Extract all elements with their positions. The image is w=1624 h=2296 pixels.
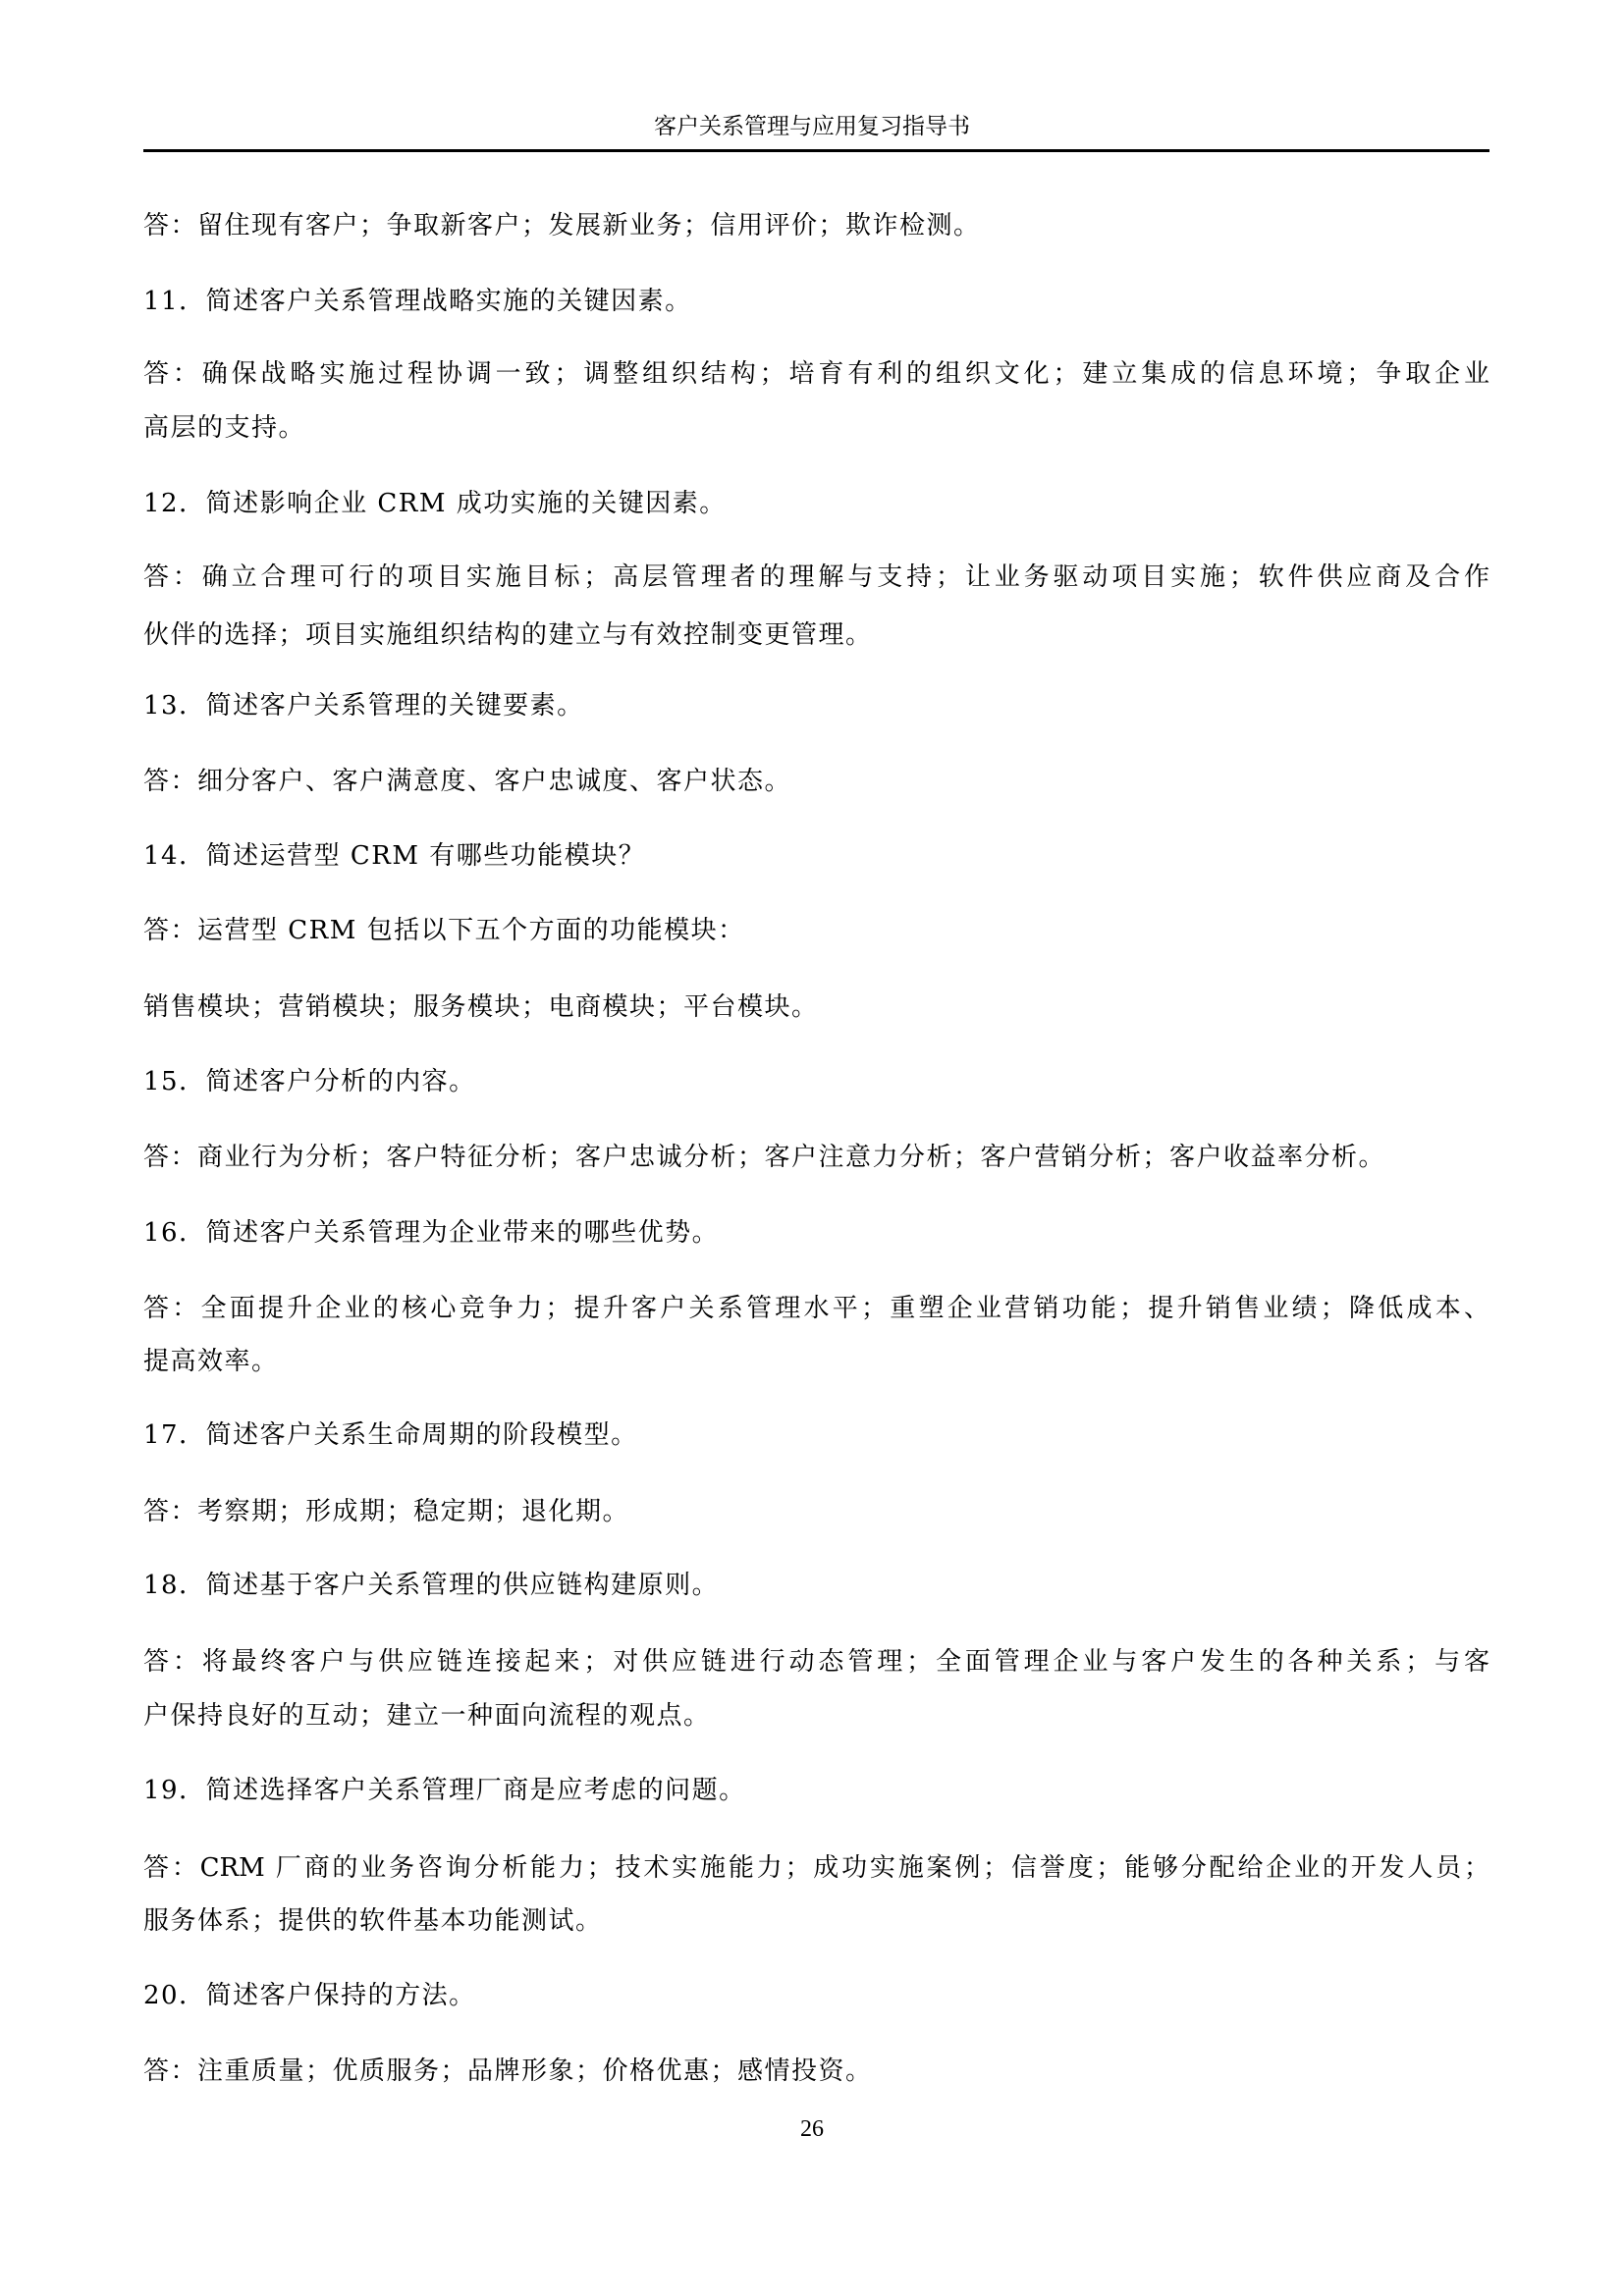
answer-line: 答：全面提升企业的核心竞争力；提升客户关系管理水平；重塑企业营销功能；提升销售业… <box>143 1292 1489 1325</box>
answer-continuation-line: 提高效率。 <box>143 1345 279 1378</box>
question-line: 17．简述客户关系生命周期的阶段模型。 <box>143 1418 638 1452</box>
question-line: 18．简述基于客户关系管理的供应链构建原则。 <box>143 1569 719 1602</box>
question-line: 15．简述客户分析的内容。 <box>143 1065 476 1098</box>
answer-line: 答：确保战略实施过程协调一致；调整组织结构；培育有利的组织文化；建立集成的信息环… <box>143 357 1489 391</box>
question-line: 16．简述客户关系管理为企业带来的哪些优势。 <box>143 1216 719 1250</box>
question-line: 13．简述客户关系管理的关键要素。 <box>143 689 584 722</box>
answer-line: 答：细分客户、客户满意度、客户忠诚度、客户状态。 <box>143 765 791 798</box>
question-line: 14．简述运营型 CRM 有哪些功能模块？ <box>143 839 645 873</box>
question-line: 19．简述选择客户关系管理厂商是应考虑的问题。 <box>143 1774 746 1807</box>
answer-line: 答：留住现有客户；争取新客户；发展新业务；信用评价；欺诈检测。 <box>143 209 981 242</box>
answer-continuation-line: 销售模块；营销模块；服务模块；电商模块；平台模块。 <box>143 990 819 1024</box>
answer-continuation-line: 户保持良好的互动；建立一种面向流程的观点。 <box>143 1699 711 1733</box>
answer-line: 答：考察期；形成期；稳定期；退化期。 <box>143 1495 629 1528</box>
question-line: 20．简述客户保持的方法。 <box>143 1979 476 2012</box>
answer-line: 答：CRM 厂商的业务咨询分析能力；技术实施能力；成功实施案例；信誉度；能够分配… <box>143 1851 1489 1885</box>
answer-line: 答：运营型 CRM 包括以下五个方面的功能模块： <box>143 914 745 947</box>
answer-continuation-line: 服务体系；提供的软件基本功能测试。 <box>143 1904 603 1938</box>
question-line: 12．简述影响企业 CRM 成功实施的关键因素。 <box>143 487 727 520</box>
page-header-title: 客户关系管理与应用复习指导书 <box>0 112 1624 141</box>
answer-continuation-line: 高层的支持。 <box>143 411 305 445</box>
answer-line: 答：将最终客户与供应链连接起来；对供应链进行动态管理；全面管理企业与客户发生的各… <box>143 1645 1489 1679</box>
page-number: 26 <box>0 2114 1624 2144</box>
answer-line: 答：确立合理可行的项目实施目标；高层管理者的理解与支持；让业务驱动项目实施；软件… <box>143 561 1489 594</box>
answer-continuation-line: 伙伴的选择；项目实施组织结构的建立与有效控制变更管理。 <box>143 618 873 652</box>
answer-line: 答：注重质量；优质服务；品牌形象；价格优惠；感情投资。 <box>143 2055 873 2088</box>
question-line: 11．简述客户关系管理战略实施的关键因素。 <box>143 285 692 318</box>
header-rule <box>143 149 1489 152</box>
answer-line: 答：商业行为分析；客户特征分析；客户忠诚分析；客户注意力分析；客户营销分析；客户… <box>143 1141 1385 1174</box>
